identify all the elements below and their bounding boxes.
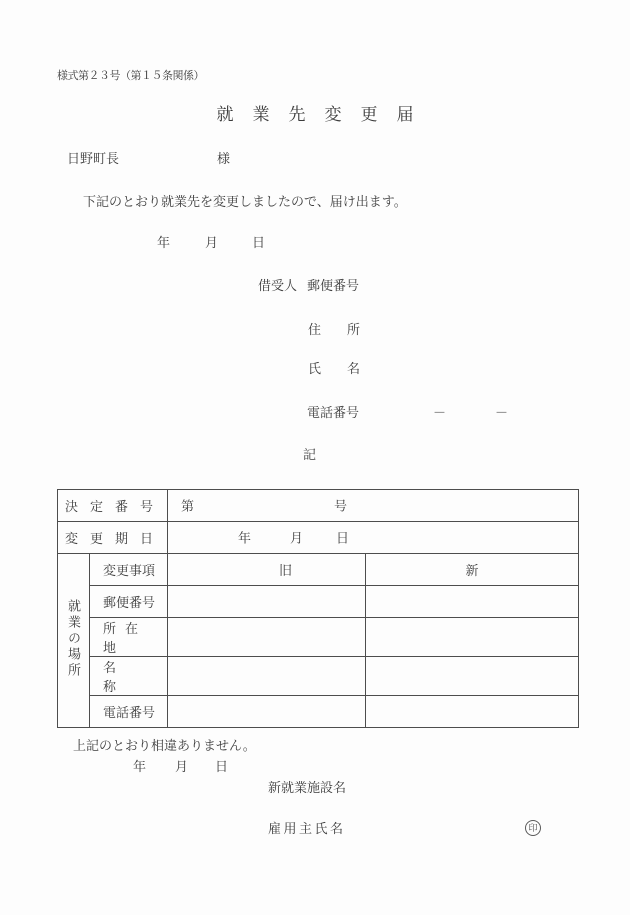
table-row: 決定番号 第 号: [58, 490, 579, 522]
old-value-cell: [168, 586, 366, 618]
table-row: 電話番号: [58, 696, 579, 728]
applicant-address-label: 住所: [308, 323, 386, 336]
form-document: 様式第２３号（第１５条関係） 就業先変更届 日野町長 様 下記のとおり就業先を変…: [0, 0, 630, 915]
employer-name-label: 雇用主氏名: [268, 822, 346, 835]
new-value-cell: [366, 657, 579, 696]
date-day-label: 日: [336, 531, 349, 544]
decision-number-label: 決定番号: [58, 490, 168, 522]
addressee-honorific: 様: [217, 152, 230, 165]
applicant-phone-label: 電話番号: [307, 406, 359, 419]
old-value-cell: [168, 657, 366, 696]
statement-text: 下記のとおり就業先を変更しましたので、届け出ます。: [83, 195, 407, 208]
row-label-postal: 郵便番号: [90, 586, 168, 618]
new-value-cell: [366, 696, 579, 728]
decision-prefix: 第: [181, 499, 194, 512]
applicant-role-label: 借受人: [258, 279, 297, 292]
change-date-label: 変更期日: [58, 522, 168, 554]
workplace-group-label-cell: 就業の場所: [58, 554, 90, 728]
date-year-label: 年: [238, 531, 251, 544]
new-facility-label: 新就業施設名: [268, 781, 346, 794]
applicant-postal-label: 郵便番号: [307, 279, 359, 292]
date-month-label: 月: [290, 531, 303, 544]
change-date-cell: 年 月 日: [168, 522, 579, 554]
date-day-label: 日: [252, 236, 265, 249]
table-row: 変更期日 年 月 日: [58, 522, 579, 554]
applicant-name-label: 氏名: [308, 362, 386, 375]
old-value-cell: [168, 618, 366, 657]
table-row: 郵便番号: [58, 586, 579, 618]
row-label-change-item: 変更事項: [90, 554, 168, 586]
new-value-cell: [366, 618, 579, 657]
table-row: 名称: [58, 657, 579, 696]
change-details-table: 決定番号 第 号 変更期日 年 月 日 就業の場所 変更事項 旧 新 郵便番号: [57, 489, 579, 728]
old-value-cell: [168, 696, 366, 728]
seal-mark-icon: 印: [525, 820, 541, 836]
table-row: 所在地: [58, 618, 579, 657]
date-day-label: 日: [215, 760, 228, 773]
phone-dash: －: [495, 406, 508, 419]
row-label-name: 名称: [90, 657, 168, 696]
date-month-label: 月: [175, 760, 188, 773]
decision-suffix: 号: [334, 499, 347, 512]
decision-number-cell: 第 号: [168, 490, 579, 522]
confirmation-text: 上記のとおり相違ありません。: [73, 739, 256, 752]
addressee-name: 日野町長: [67, 152, 119, 165]
record-mark: 記: [303, 448, 316, 461]
form-number: 様式第２３号（第１５条関係）: [57, 67, 204, 83]
date-month-label: 月: [205, 236, 218, 249]
row-label-phone: 電話番号: [90, 696, 168, 728]
column-header-new: 新: [366, 554, 579, 586]
column-header-old: 旧: [168, 554, 366, 586]
row-label-location: 所在地: [90, 618, 168, 657]
phone-dash: －: [433, 406, 446, 419]
date-year-label: 年: [157, 236, 170, 249]
table-row: 就業の場所 変更事項 旧 新: [58, 554, 579, 586]
new-value-cell: [366, 586, 579, 618]
date-year-label: 年: [133, 760, 146, 773]
page-title: 就業先変更届: [0, 100, 630, 125]
workplace-group-label: 就業の場所: [67, 599, 80, 679]
